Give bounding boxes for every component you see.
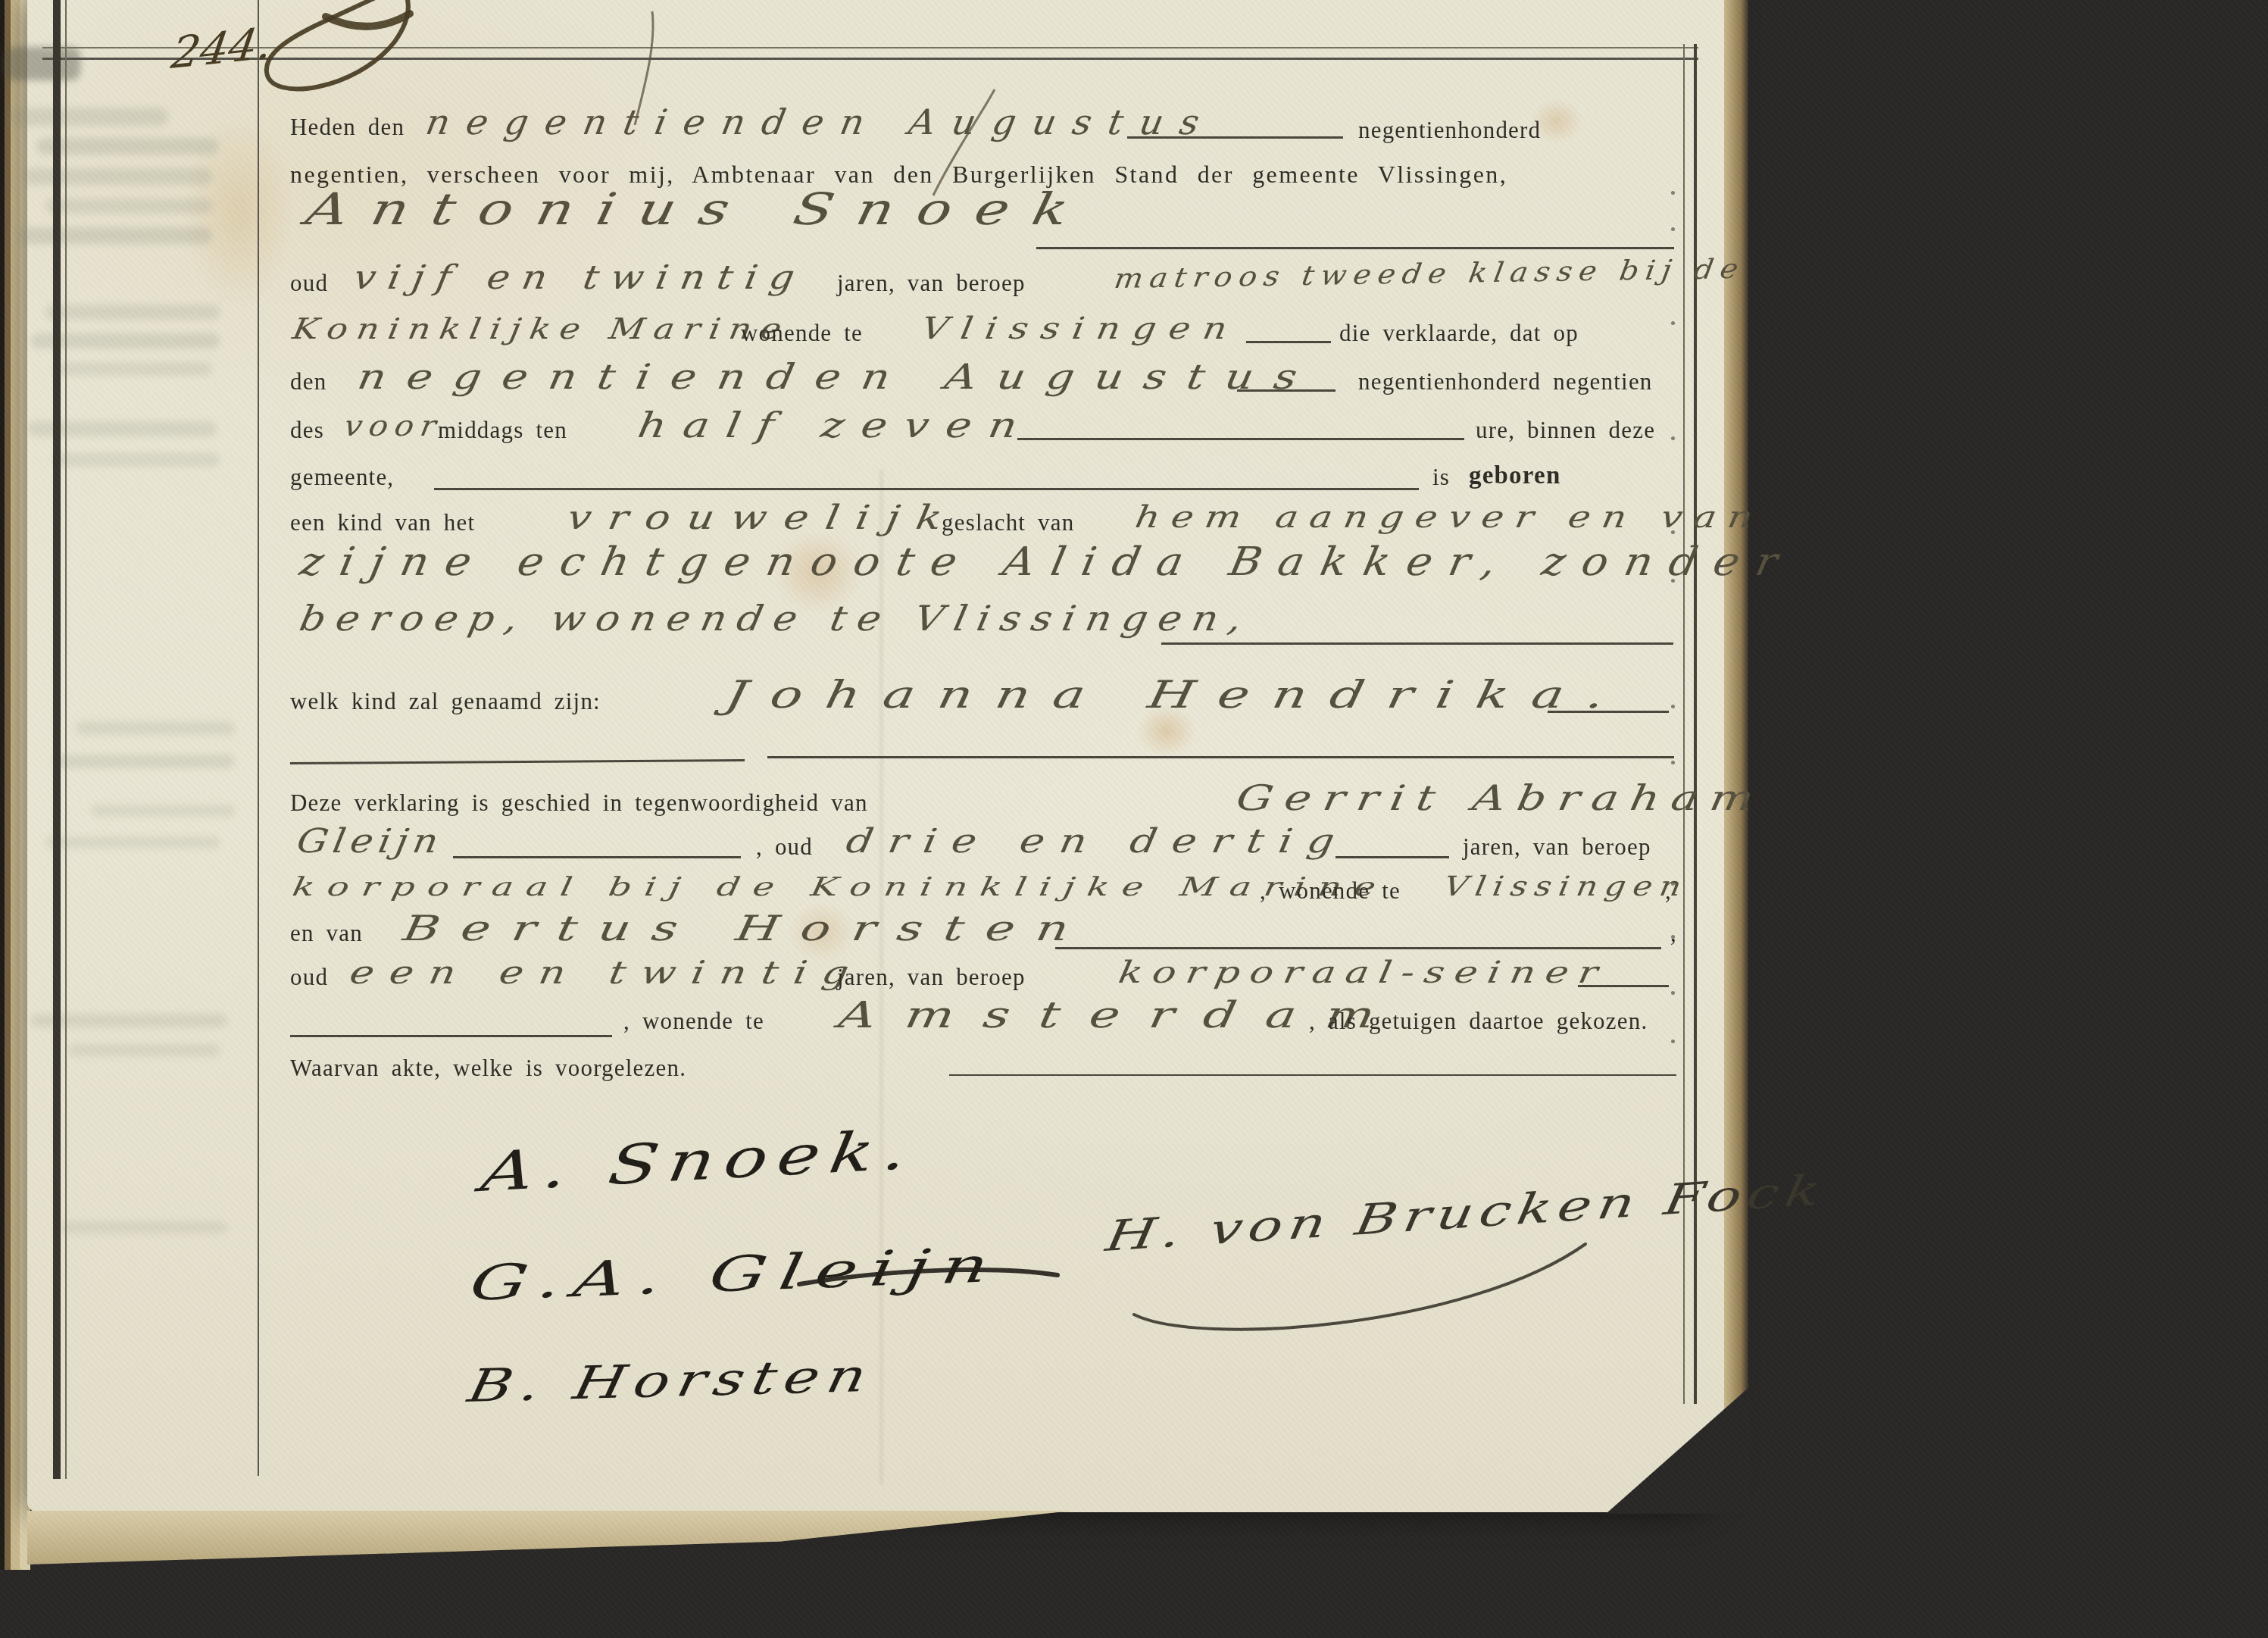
- printed-text-bold: geboren: [1469, 462, 1560, 490]
- handwritten-date: negentienden Augustus: [423, 102, 1219, 142]
- handwritten-witness1-first: Gerrit Abraham: [1233, 777, 1769, 818]
- margin-dot: [1671, 761, 1675, 764]
- printed-text: ,: [1670, 920, 1677, 947]
- handwritten-age: vijf en twintig: [351, 258, 810, 297]
- handwritten-birth-date: negentienden Augustus: [355, 356, 1321, 397]
- printed-text: Heden den: [290, 114, 405, 141]
- fill-line: [290, 1035, 612, 1037]
- margin-dot: [1671, 1039, 1675, 1043]
- printed-text: een kind van het: [290, 509, 475, 536]
- margin-dot: [1671, 191, 1675, 195]
- printed-text: ure, binnen deze: [1476, 417, 1655, 444]
- fill-line: [949, 1074, 1676, 1076]
- top-rule-thick: [42, 58, 1698, 60]
- printed-text: en van: [290, 920, 363, 947]
- underlying-page-edge: [27, 1511, 1073, 1567]
- printed-text: negentienhonderd: [1358, 117, 1541, 144]
- fill-line: [1055, 947, 1661, 949]
- book-right-page-edges: [1724, 0, 1748, 1488]
- margin-dot: [1671, 991, 1675, 995]
- printed-text: , wonende te: [1260, 877, 1401, 905]
- printed-text: , wonende te: [623, 1008, 764, 1035]
- fill-dash: [1548, 711, 1669, 713]
- margin-dot: [1671, 705, 1675, 708]
- printed-text: wonende te: [741, 320, 863, 347]
- handwritten-declarant-name: Antonius Snoek: [301, 183, 1097, 235]
- handwritten-witness1-residence: Vlissingen: [1442, 871, 1691, 902]
- left-border-thin: [65, 0, 67, 1479]
- handwritten-residence: Vlissingen: [919, 311, 1242, 346]
- printed-text: is: [1432, 464, 1450, 491]
- handwritten-witness1-age: drie en dertig: [843, 822, 1353, 861]
- fill-dash: [1246, 341, 1331, 343]
- handwritten-daypart: voor: [342, 409, 445, 442]
- handwritten-mother-name: zijne echtgenoote Alida Bakker, zonder: [296, 539, 1798, 585]
- top-rule-thin: [42, 47, 1698, 48]
- fill-dash: [1578, 985, 1669, 987]
- handwritten-parent-ref: hem aangever en van: [1132, 500, 1767, 535]
- margin-dot: [1671, 227, 1675, 231]
- handwritten-profession-cont: Koninklijke Marine: [290, 312, 793, 345]
- handwritten-hour: half zeven: [635, 405, 1038, 445]
- printed-text: den: [290, 368, 326, 395]
- printed-text: , oud: [756, 833, 813, 861]
- handwritten-mother-residence: beroep, wonende te Vlissingen,: [296, 598, 1256, 639]
- printed-text: jaren, van beroep: [837, 270, 1026, 297]
- margin-column-rule: [258, 0, 259, 1476]
- signature-witness2: B. Horsten: [464, 1349, 879, 1413]
- fill-line: [1161, 642, 1673, 645]
- handwritten-witness1-profession: korporaal bij de Koninklijke Marine: [290, 872, 1391, 902]
- handwritten-witness2-profession: korporaal-seiner: [1116, 955, 1610, 990]
- margin-dot: [1671, 436, 1675, 440]
- scanned-register-page: 244. Heden den negentienden Augustus neg…: [0, 0, 2268, 1638]
- printed-text: middags ten: [438, 417, 567, 444]
- book-left-page-edges: [0, 0, 30, 1570]
- fill-line: [434, 488, 1419, 490]
- fill-dash: [1237, 389, 1335, 392]
- fill-dash: [1017, 438, 1464, 440]
- printed-text: jaren, van beroep: [1463, 833, 1651, 861]
- handwritten-witness1-last: Gleijn: [294, 822, 446, 861]
- handwritten-witness2-name: Bertus Horsten: [400, 908, 1094, 949]
- printed-text: welk kind zal genaamd zijn:: [290, 688, 601, 715]
- printed-text: Deze verklaring is geschied in tegenwoor…: [290, 789, 868, 817]
- section-rule: [767, 756, 1674, 758]
- printed-text: geslacht van: [942, 509, 1074, 536]
- handwritten-sex: vrouwelijk: [564, 499, 962, 537]
- handwritten-child-name: Johanna Hendrika.: [722, 673, 1632, 717]
- printed-text: des: [290, 417, 324, 444]
- printed-text: gemeente,: [290, 464, 394, 491]
- fill-line: [1036, 247, 1674, 249]
- margin-dot: [1671, 321, 1675, 325]
- printed-text: oud: [290, 270, 328, 297]
- printed-text: jaren, van beroep: [837, 964, 1026, 991]
- printed-text: oud: [290, 964, 328, 991]
- printed-text: Waarvan akte, welke is voorgelezen.: [290, 1055, 686, 1082]
- handwritten-witness2-age: een en twintig: [347, 954, 867, 991]
- fill-dash: [453, 856, 741, 858]
- printed-text: ,: [1665, 877, 1672, 905]
- fill-dash: [1127, 136, 1343, 139]
- printed-text: die verklaarde, dat op: [1339, 320, 1579, 347]
- printed-text: , als getuigen daartoe gekozen.: [1309, 1008, 1648, 1035]
- fill-dash: [1335, 856, 1449, 858]
- left-border-thick: [53, 0, 61, 1479]
- printed-text: negentienhonderd negentien: [1358, 368, 1653, 395]
